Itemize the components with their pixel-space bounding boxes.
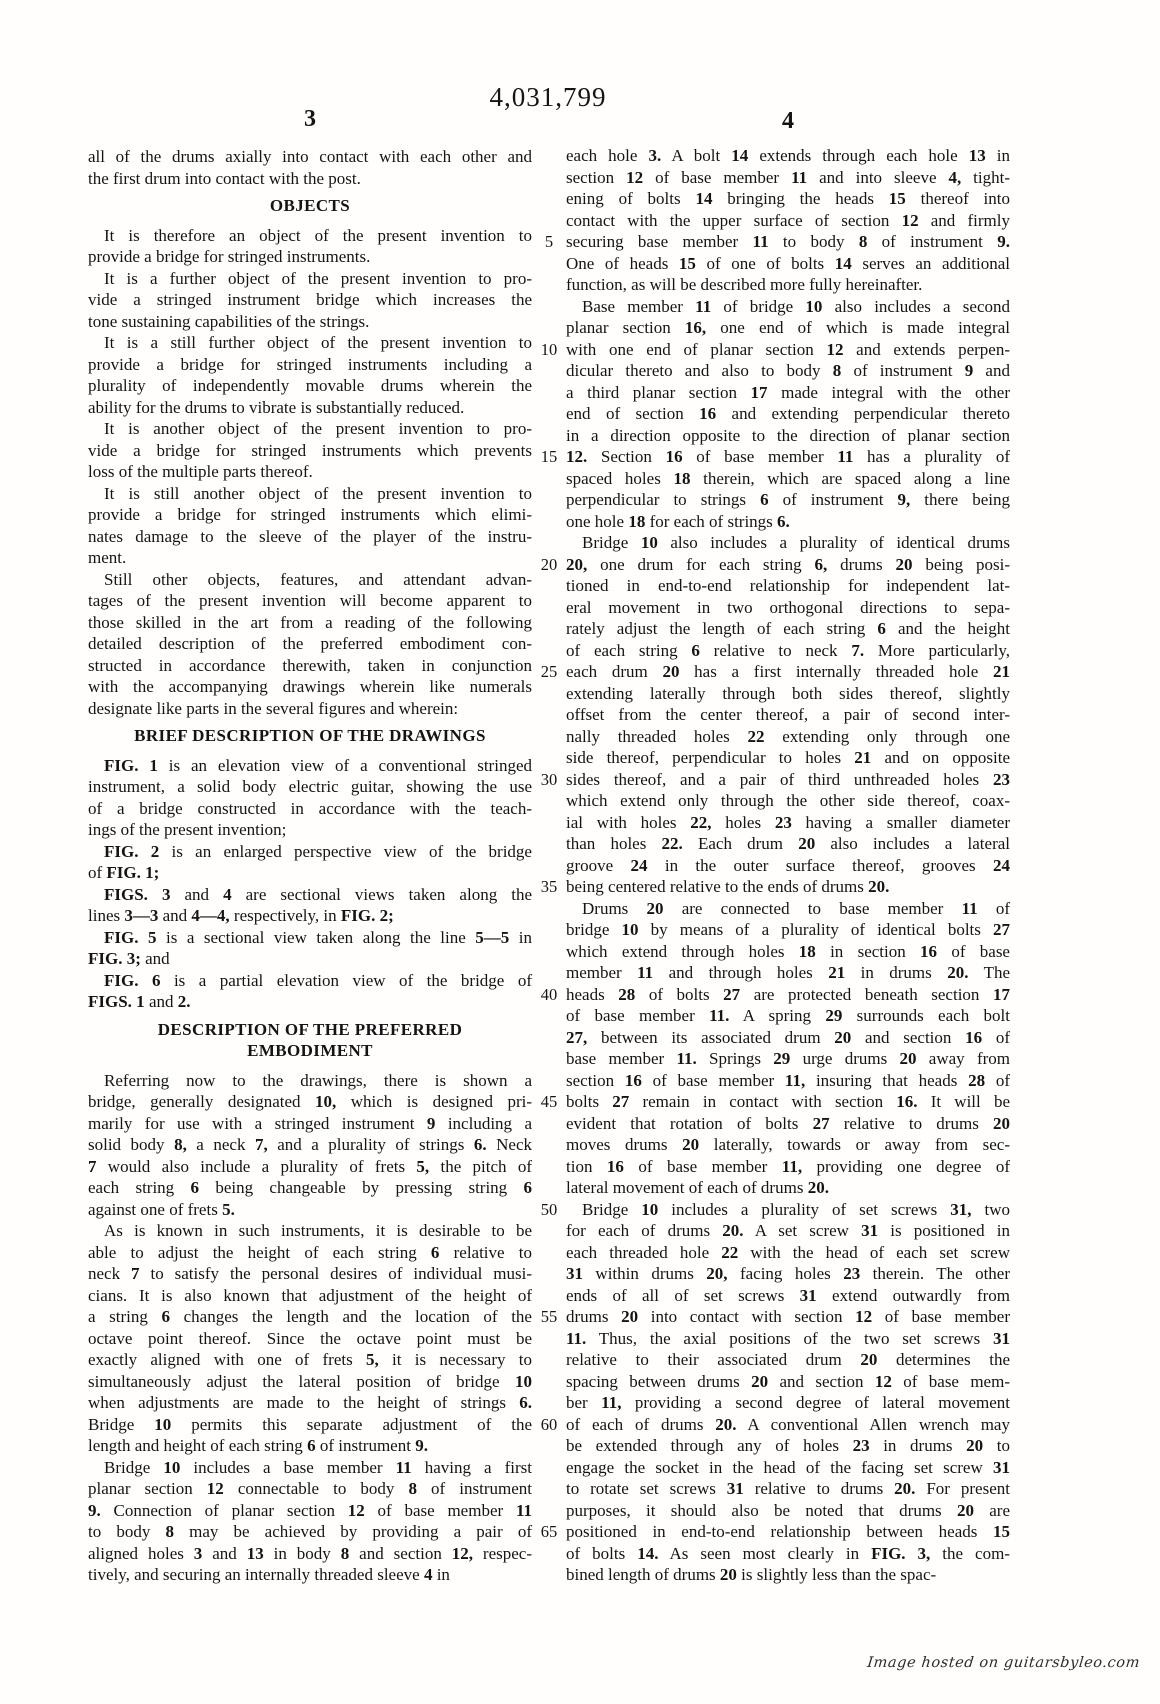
text-line: FIGS. 3 and 4 are sectional views taken … [88,884,532,906]
text-line: a string 6 changes the length and the lo… [88,1306,532,1328]
text-line: 20, one drum for each string 6, drums 20… [566,554,1010,576]
gutter-line-number: 65 [532,1521,566,1543]
gutter-line-number: 20 [532,554,566,576]
text-line: dicular thereto and also to body 8 of in… [566,360,1010,382]
text-line: when adjustments are made to the height … [88,1392,532,1414]
section-heading: DESCRIPTION OF THE PREFERREDEMBODIMENT [88,1019,532,1062]
paragraph: It is a still further object of the pres… [88,332,532,418]
text-line: ber 11, providing a second degree of lat… [566,1392,1010,1414]
text-line: FIGS. 1 and 2. [88,991,532,1013]
text-line: to rotate set screws 31 relative to drum… [566,1478,1010,1500]
text-column-left: all of the drums axially into contact wi… [88,146,532,1586]
gutter-line-number: 40 [532,984,566,1006]
text-line: spacing between drums 20 and section 12 … [566,1371,1010,1393]
paragraph: FIGS. 3 and 4 are sectional views taken … [88,884,532,927]
gutter-line-number: 55 [532,1306,566,1328]
hosting-watermark: Image hosted on guitarsbyleo.com [859,1655,1141,1671]
paragraph: FIG. 1 is an elevation view of a convent… [88,755,532,841]
text-line: Drums 20 are connected to base member 11… [566,898,1010,920]
heading-line: OBJECTS [88,195,532,217]
text-line: engage the socket in the head of the fac… [566,1457,1010,1479]
text-line: of base member 11. A spring 29 surrounds… [566,1005,1010,1027]
text-line: evident that rotation of bolts 27 relati… [566,1113,1010,1135]
text-line: a third planar section 17 made integral … [566,382,1010,404]
text-line: those skilled in the art from a reading … [88,612,532,634]
paragraph: It is a further object of the present in… [88,268,532,333]
text-line: member 11 and through holes 21 in drums … [566,962,1010,984]
text-line: against one of frets 5. [88,1199,532,1221]
paragraph: Referring now to the drawings, there is … [88,1070,532,1221]
paragraph: Drums 20 are connected to base member 11… [566,898,1010,1199]
text-line: groove 24 in the outer surface thereof, … [566,855,1010,877]
gutter-line-number: 10 [532,339,566,361]
text-line: with the accompanying drawings wherein l… [88,676,532,698]
text-line: lines 3—3 and 4—4, respectively, in FIG.… [88,905,532,927]
text-line: bolts 27 remain in contact with section … [566,1091,1010,1113]
text-line: provide a bridge for stringed instrument… [88,354,532,376]
text-line: Referring now to the drawings, there is … [88,1070,532,1092]
text-line: detailed description of the preferred em… [88,633,532,655]
text-line: Bridge 10 permits this separate adjustme… [88,1414,532,1436]
text-line: planar section 12 connectable to body 8 … [88,1478,532,1500]
gutter-line-number: 5 [532,231,566,253]
text-column-right: each hole 3. A bolt 14 extends through e… [566,145,1010,1586]
text-line: each string 6 being changeable by pressi… [88,1177,532,1199]
section-heading: OBJECTS [88,195,532,217]
heading-line: EMBODIMENT [88,1040,532,1062]
text-line: 31 within drums 20, facing holes 23 ther… [566,1263,1010,1285]
text-line: side thereof, perpendicular to holes 21 … [566,747,1010,769]
text-line: It is a still further object of the pres… [88,332,532,354]
text-line: vide a stringed instrument bridge which … [88,289,532,311]
gutter-line-number: 50 [532,1199,566,1221]
text-line: solid body 8, a neck 7, and a plurality … [88,1134,532,1156]
text-line: 27, between its associated drum 20 and s… [566,1027,1010,1049]
text-line: lateral movement of each of drums 20. [566,1177,1010,1199]
text-line: which extend through holes 18 in section… [566,941,1010,963]
text-line: be extended through any of holes 23 in d… [566,1435,1010,1457]
text-line: being centered relative to the ends of d… [566,876,1010,898]
text-line: sides thereof, and a pair of third unthr… [566,769,1010,791]
text-line: It is another object of the present inve… [88,418,532,440]
heading-line: BRIEF DESCRIPTION OF THE DRAWINGS [88,725,532,747]
line-number-gutter: 5101520253035404550556065 [532,145,566,1590]
text-line: length and height of each string 6 of in… [88,1435,532,1457]
paragraph: It is another object of the present inve… [88,418,532,483]
text-line: bined length of drums 20 is slightly les… [566,1564,1010,1586]
paragraph: FIG. 5 is a sectional view taken along t… [88,927,532,970]
paragraph: As is known in such instruments, it is d… [88,1220,532,1457]
text-line: for each of drums 20. A set screw 31 is … [566,1220,1010,1242]
text-line: simultaneously adjust the lateral positi… [88,1371,532,1393]
text-line: Bridge 10 includes a base member 11 havi… [88,1457,532,1479]
text-line: eral movement in two orthogonal directio… [566,597,1010,619]
text-line: each drum 20 has a first internally thre… [566,661,1010,683]
text-line: spaced holes 18 therein, which are space… [566,468,1010,490]
text-line: bridge, generally designated 10, which i… [88,1091,532,1113]
text-line: As is known in such instruments, it is d… [88,1220,532,1242]
text-line: ings of the present invention; [88,819,532,841]
text-line: with one end of planar section 12 and ex… [566,339,1010,361]
paragraph: Still other objects, features, and atten… [88,569,532,720]
text-line: exactly aligned with one of frets 5, it … [88,1349,532,1371]
text-line: to body 8 may be achieved by providing a… [88,1521,532,1543]
text-line: It is a further object of the present in… [88,268,532,290]
text-line: Base member 11 of bridge 10 also include… [566,296,1010,318]
text-line: base member 11. Springs 29 urge drums 20… [566,1048,1010,1070]
text-line: One of heads 15 of one of bolts 14 serve… [566,253,1010,275]
text-line: extending laterally through both sides t… [566,683,1010,705]
text-line: ends of all of set screws 31 extend outw… [566,1285,1010,1307]
paragraph: Bridge 10 includes a base member 11 havi… [88,1457,532,1586]
text-line: 12. Section 16 of base member 11 has a p… [566,446,1010,468]
gutter-line-number: 45 [532,1091,566,1113]
text-line: Bridge 10 also includes a plurality of i… [566,532,1010,554]
paragraph: Base member 11 of bridge 10 also include… [566,296,1010,533]
heading-line: DESCRIPTION OF THE PREFERRED [88,1019,532,1041]
text-line: which extend only through the other side… [566,790,1010,812]
text-line: function, as will be described more full… [566,274,1010,296]
gutter-line-number: 30 [532,769,566,791]
text-line: marily for use with a stringed instrumen… [88,1113,532,1135]
text-line: nates damage to the sleeve of the player… [88,526,532,548]
text-line: perpendicular to strings 6 of instrument… [566,489,1010,511]
text-line: ability for the drums to vibrate is subs… [88,397,532,419]
gutter-line-number: 35 [532,876,566,898]
text-line: able to adjust the height of each string… [88,1242,532,1264]
text-line: Bridge 10 includes a plurality of set sc… [566,1199,1010,1221]
text-line: Still other objects, features, and atten… [88,569,532,591]
gutter-line-number: 25 [532,661,566,683]
text-line: provide a bridge for stringed instrument… [88,504,532,526]
paragraph: all of the drums axially into contact wi… [88,146,532,189]
text-line: 9. Connection of planar section 12 of ba… [88,1500,532,1522]
text-line: 11. Thus, the axial positions of the two… [566,1328,1010,1350]
gutter-line-number: 15 [532,446,566,468]
text-line: tively, and securing an internally threa… [88,1564,532,1586]
text-line: octave point thereof. Since the octave p… [88,1328,532,1350]
text-line: FIG. 2 is an enlarged perspective view o… [88,841,532,863]
text-line: tioned in end-to-end relationship for in… [566,575,1010,597]
text-line: ening of bolts 14 bringing the heads 15 … [566,188,1010,210]
text-line: of bolts 14. As seen most clearly in FIG… [566,1543,1010,1565]
text-line: loss of the multiple parts thereof. [88,461,532,483]
text-line: designate like parts in the several figu… [88,698,532,720]
text-line: the first drum into contact with the pos… [88,168,532,190]
text-line: ial with holes 22, holes 23 having a sma… [566,812,1010,834]
column-number-right: 4 [566,108,1010,135]
text-line: tages of the present invention will beco… [88,590,532,612]
text-line: all of the drums axially into contact wi… [88,146,532,168]
text-line: of a bridge constructed in accordance wi… [88,798,532,820]
text-line: instrument, a solid body electric guitar… [88,776,532,798]
text-line: of each of drums 20. A conventional Alle… [566,1414,1010,1436]
paragraph: FIG. 6 is a partial elevation view of th… [88,970,532,1013]
patent-document-page: 4,031,799 3 4 all of the drums axially i… [0,0,1160,1704]
text-line: section 12 of base member 11 and into sl… [566,167,1010,189]
text-line: of FIG. 1; [88,862,532,884]
text-line: tone sustaining capabilities of the stri… [88,311,532,333]
text-line: structed in accordance therewith, taken … [88,655,532,677]
text-line: in a direction opposite to the direction… [566,425,1010,447]
paragraph: each hole 3. A bolt 14 extends through e… [566,145,1010,296]
text-line: vide a bridge for stringed instruments w… [88,440,532,462]
text-line: positioned in end-to-end relationship be… [566,1521,1010,1543]
text-line: each hole 3. A bolt 14 extends through e… [566,145,1010,167]
text-line: aligned holes 3 and 13 in body 8 and sec… [88,1543,532,1565]
text-line: securing base member 11 to body 8 of ins… [566,231,1010,253]
text-line: moves drums 20 laterally, towards or awa… [566,1134,1010,1156]
text-line: 7 would also include a plurality of fret… [88,1156,532,1178]
text-line: plurality of independently movable drums… [88,375,532,397]
section-heading: BRIEF DESCRIPTION OF THE DRAWINGS [88,725,532,747]
text-line: heads 28 of bolts 27 are protected benea… [566,984,1010,1006]
text-line: FIG. 5 is a sectional view taken along t… [88,927,532,949]
text-line: FIG. 6 is a partial elevation view of th… [88,970,532,992]
text-line: drums 20 into contact with section 12 of… [566,1306,1010,1328]
text-line: contact with the upper surface of sectio… [566,210,1010,232]
paragraph: Bridge 10 also includes a plurality of i… [566,532,1010,898]
text-line: each threaded hole 22 with the head of e… [566,1242,1010,1264]
text-line: nally threaded holes 22 extending only t… [566,726,1010,748]
text-line: planar section 16, one end of which is m… [566,317,1010,339]
text-line: offset from the center thereof, a pair o… [566,704,1010,726]
text-line: bridge 10 by means of a plurality of ide… [566,919,1010,941]
text-line: of each string 6 relative to neck 7. Mor… [566,640,1010,662]
text-line: FIG. 3; and [88,948,532,970]
text-line: end of section 16 and extending perpendi… [566,403,1010,425]
text-line: purposes, it should also be noted that d… [566,1500,1010,1522]
text-line: one hole 18 for each of strings 6. [566,511,1010,533]
column-number-left: 3 [88,106,532,133]
text-line: tion 16 of base member 11, providing one… [566,1156,1010,1178]
text-line: section 16 of base member 11, insuring t… [566,1070,1010,1092]
paragraph: It is therefore an object of the present… [88,225,532,268]
text-line: It is still another object of the presen… [88,483,532,505]
text-line: than holes 22. Each drum 20 also include… [566,833,1010,855]
text-line: relative to their associated drum 20 det… [566,1349,1010,1371]
text-line: ment. [88,547,532,569]
text-line: neck 7 to satisfy the personal desires o… [88,1263,532,1285]
gutter-line-number: 60 [532,1414,566,1436]
text-line: rately adjust the length of each string … [566,618,1010,640]
text-line: provide a bridge for stringed instrument… [88,246,532,268]
paragraph: Bridge 10 includes a plurality of set sc… [566,1199,1010,1586]
paragraph: FIG. 2 is an enlarged perspective view o… [88,841,532,884]
paragraph: It is still another object of the presen… [88,483,532,569]
text-line: FIG. 1 is an elevation view of a convent… [88,755,532,777]
text-line: It is therefore an object of the present… [88,225,532,247]
text-line: cians. It is also known that adjustment … [88,1285,532,1307]
